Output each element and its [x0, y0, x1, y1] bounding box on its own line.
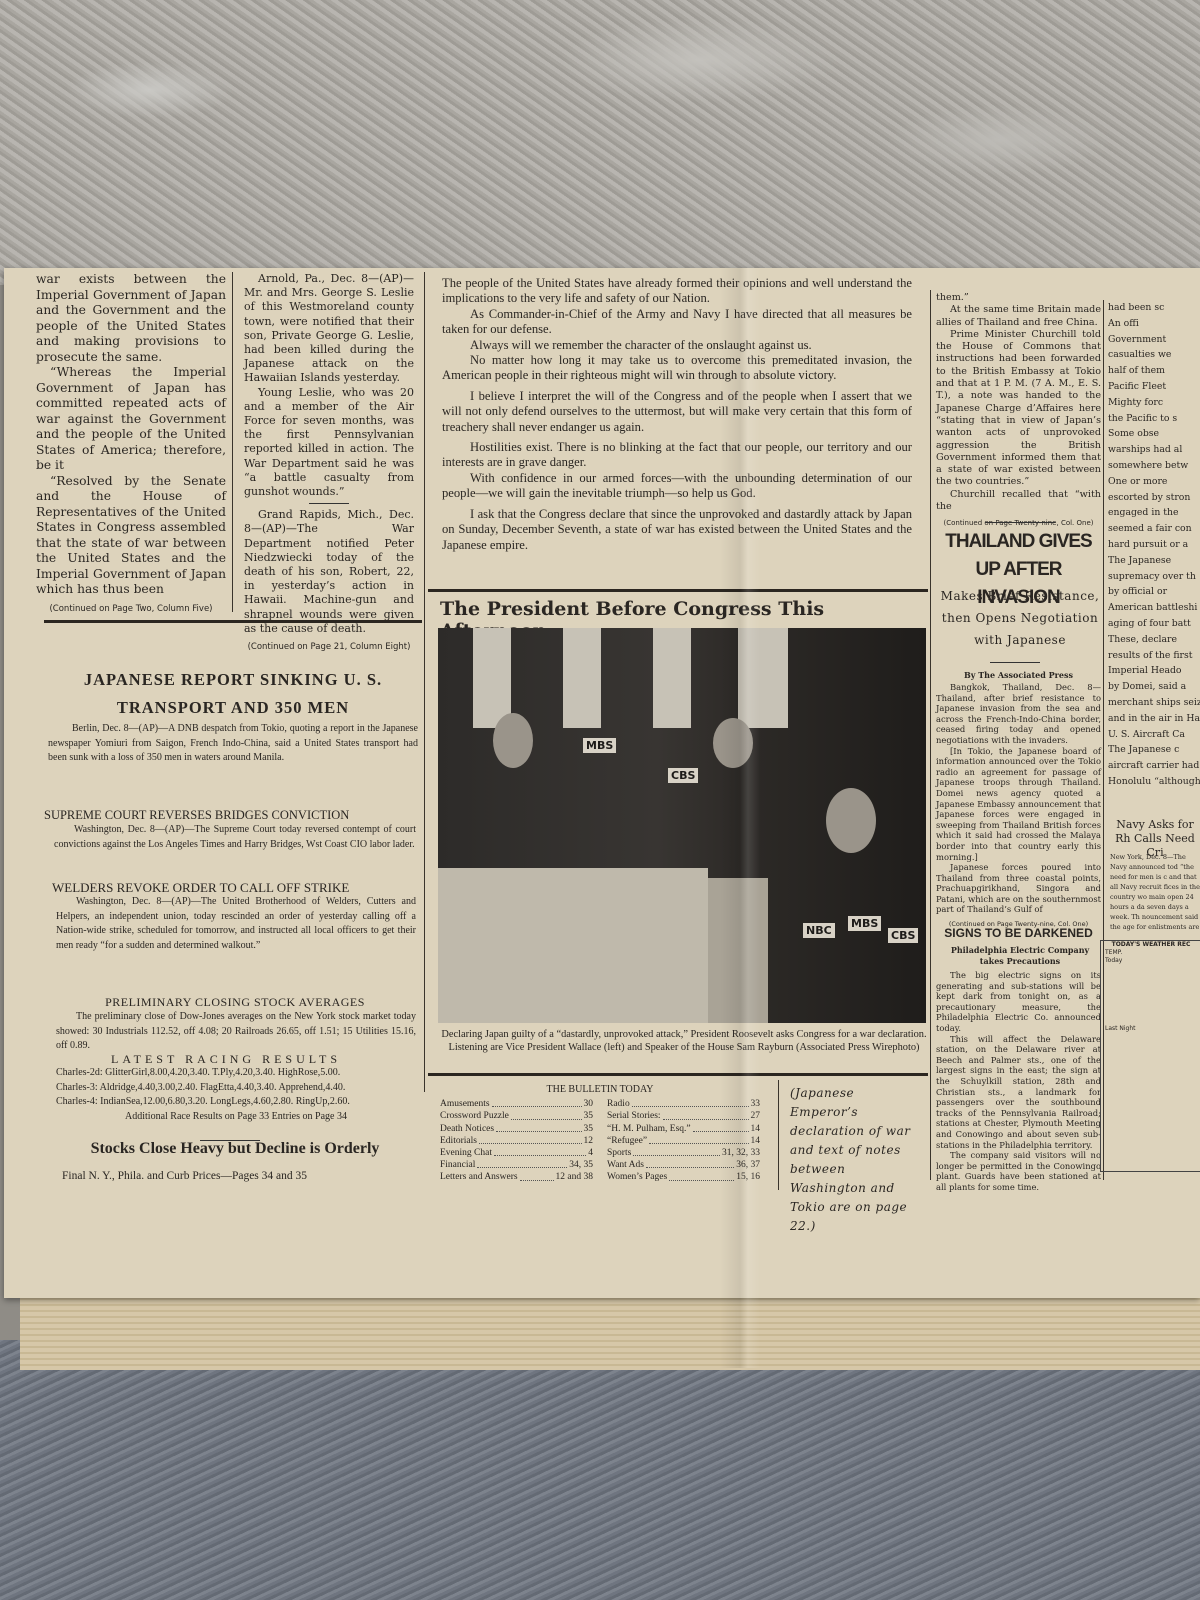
- truncated-line: supremacy over th: [1108, 569, 1200, 585]
- bulletin-entry-page: 35: [584, 1123, 594, 1135]
- britain-column: them.” At the same time Britain made all…: [936, 292, 1101, 530]
- signs-subhead: Philadelphia Electric Company takes Prec…: [945, 945, 1095, 967]
- truncated-line: Honolulu “although: [1108, 774, 1200, 790]
- race-result: Charles-2d: GlitterGirl,8.00,4.20,3.40. …: [56, 1066, 416, 1081]
- welders-headline: WELDERS REVOKE ORDER TO CALL OFF STRIKE: [52, 880, 422, 896]
- supreme-court-headline: SUPREME COURT REVERSES BRIDGES CONVICTIO…: [44, 808, 424, 823]
- column-rule: [778, 1080, 779, 1190]
- bulletin-index: THE BULLETIN TODAY Amusements30Crossword…: [440, 1084, 760, 1184]
- emperor-note: (Japanese Emperor’s declaration of war a…: [790, 1084, 920, 1236]
- truncated-line: results of the first: [1108, 648, 1200, 664]
- race-result: Charles-4: IndianSea,12.00,6.80,3.20. Lo…: [56, 1095, 416, 1110]
- bulletin-entry-page: 35: [584, 1110, 594, 1122]
- roosevelt-figure: [826, 788, 876, 853]
- weather-table: TODAY'S WEATHER REC TEMP. Today Last Nig…: [1100, 940, 1200, 1172]
- truncated-line: somewhere betw: [1108, 458, 1200, 474]
- weather-today-label: Today: [1101, 957, 1200, 965]
- far-right-column: had been scAn offiGovernmentcasualties w…: [1108, 300, 1200, 790]
- column-casualties: Arnold, Pa., Dec. 8—(AP)—Mr. and Mrs. Ge…: [244, 272, 414, 654]
- section-rule: [428, 1073, 928, 1076]
- wallace-figure: [493, 713, 533, 768]
- truncated-line: American battleshi: [1108, 600, 1200, 616]
- paragraph: Arnold, Pa., Dec. 8—(AP)—Mr. and Mrs. Ge…: [244, 272, 414, 386]
- truncated-line: Imperial Heado: [1108, 663, 1200, 679]
- dot-leader: [633, 1147, 720, 1156]
- column-rule: [424, 272, 425, 1092]
- truncated-line: by official or: [1108, 584, 1200, 600]
- welders-body: Washington, Dec. 8—(AP)—The United Broth…: [56, 895, 416, 953]
- bulletin-entry-label: Crossword Puzzle: [440, 1110, 509, 1122]
- bulletin-entry: Letters and Answers12 and 38: [440, 1171, 593, 1183]
- truncated-line: These, declare: [1108, 632, 1200, 648]
- truncated-line: U. S. Aircraft Ca: [1108, 727, 1200, 743]
- paragraph: The big electric signs on its generating…: [936, 970, 1101, 1034]
- bulletin-entry: Editorials12: [440, 1135, 593, 1147]
- bulletin-entry-label: “Refugee”: [607, 1135, 647, 1147]
- bulletin-entry: Amusements30: [440, 1098, 593, 1110]
- speech-paragraph: Hostilities exist. There is no blinking …: [442, 440, 912, 471]
- supreme-court-body: Washington, Dec. 8—(AP)—The Supreme Cour…: [54, 823, 416, 852]
- paragraph: [In Tokio, the Japanese board of informa…: [936, 746, 1101, 863]
- truncated-line: half of them: [1108, 363, 1200, 379]
- dot-leader: [477, 1159, 567, 1168]
- truncated-line: merchant ships seize: [1108, 695, 1200, 711]
- carpet-background-top: [0, 0, 1200, 285]
- rostrum: [438, 868, 708, 1023]
- roosevelt-speech: The people of the United States have alr…: [442, 276, 912, 553]
- truncated-line: seemed a fair con: [1108, 521, 1200, 537]
- speech-paragraph: I ask that the Congress declare that sin…: [442, 507, 912, 553]
- bulletin-entry-label: Editorials: [440, 1135, 477, 1147]
- bulletin-entry-page: 34, 35: [569, 1159, 593, 1171]
- thailand-story: Bangkok, Thailand, Dec. 8—Thailand, afte…: [936, 682, 1101, 930]
- truncated-line: by Domei, said a: [1108, 679, 1200, 695]
- stock-averages-headline: PRELIMINARY CLOSING STOCK AVERAGES: [70, 995, 400, 1010]
- roosevelt-photo: MBS CBS NBC MBS CBS: [438, 628, 926, 1023]
- paragraph: “Resolved by the Senate and the House of…: [36, 474, 226, 598]
- racing-headline: LATEST RACING RESULTS: [56, 1052, 396, 1067]
- bulletin-entry-label: Radio: [607, 1098, 630, 1110]
- truncated-line: casualties we: [1108, 347, 1200, 363]
- bulletin-entry: Financial34, 35: [440, 1159, 593, 1171]
- speech-paragraph: I believe I interpret the will of the Co…: [442, 389, 912, 435]
- newspaper-stacked-edges: [20, 1290, 1200, 1370]
- bulletin-entry-label: Death Notices: [440, 1123, 494, 1135]
- weather-last-night-label: Last Night: [1101, 1025, 1200, 1033]
- section-rule: [44, 620, 422, 623]
- bulletin-left-list: Amusements30Crossword Puzzle35Death Noti…: [440, 1098, 593, 1183]
- continued-note: (Continued on Page 21, Column Eight): [244, 640, 414, 654]
- paragraph: This will affect the Delaware station, o…: [936, 1034, 1101, 1151]
- dot-leader: [479, 1135, 582, 1144]
- japanese-report-body: Berlin, Dec. 8—(AP)—A DNB despatch from …: [48, 722, 418, 766]
- stocks-close-headline: Stocks Close Heavy but Decline is Orderl…: [50, 1140, 420, 1158]
- signs-headline: SIGNS TO BE DARKENED: [936, 926, 1101, 940]
- speech-paragraph: Always will we remember the character of…: [442, 338, 912, 353]
- truncated-line: Government: [1108, 332, 1200, 348]
- paragraph: The company said visitors will no longer…: [936, 1150, 1101, 1192]
- bulletin-entry: Evening Chat4: [440, 1147, 593, 1159]
- thailand-subhead: Makes Brief Resistance, then Opens Negot…: [940, 585, 1100, 651]
- truncated-line: had been sc: [1108, 300, 1200, 316]
- bulletin-entry-label: Sports: [607, 1147, 631, 1159]
- truncated-line: An offi: [1108, 316, 1200, 332]
- bulletin-entry-label: Financial: [440, 1159, 475, 1171]
- bulletin-entry: Crossword Puzzle35: [440, 1110, 593, 1122]
- mic-label: MBS: [583, 738, 616, 753]
- mic-label: CBS: [668, 768, 698, 783]
- truncated-line: escorted by stron: [1108, 490, 1200, 506]
- truncated-line: the Pacific to s: [1108, 411, 1200, 427]
- photo-caption: Declaring Japan guilty of a “dastardly, …: [440, 1028, 928, 1054]
- truncated-line: hard pursuit or a: [1108, 537, 1200, 553]
- paragraph: Churchill recalled that “with the: [936, 489, 1101, 514]
- section-rule: [428, 589, 928, 592]
- speech-paragraph: No matter how long it may take us to ove…: [442, 353, 912, 384]
- bulletin-entry-page: 4: [588, 1147, 593, 1159]
- stocks-close-subhead: Final N. Y., Phila. and Curb Prices—Page…: [62, 1170, 422, 1182]
- speech-paragraph: The people of the United States have alr…: [442, 276, 912, 307]
- bulletin-entry-label: Letters and Answers: [440, 1171, 518, 1183]
- divider: [309, 503, 349, 504]
- truncated-line: Mighty forc: [1108, 395, 1200, 411]
- race-result: Charles-3: Aldridge,4.40,3.00,2.40. Flag…: [56, 1081, 416, 1096]
- signs-story: The big electric signs on its generating…: [936, 970, 1101, 1192]
- bulletin-entry: Death Notices35: [440, 1123, 593, 1135]
- dot-leader: [520, 1171, 554, 1180]
- divider: [990, 662, 1040, 663]
- paragraph: Japanese forces poured into Thailand fro…: [936, 862, 1101, 915]
- paragraph: “Whereas the Imperial Government of Japa…: [36, 365, 226, 474]
- paragraph: At the same time Britain made allies of …: [936, 304, 1101, 329]
- dot-leader: [492, 1098, 582, 1107]
- bulletin-entry-label: Women’s Pages: [607, 1171, 667, 1183]
- truncated-line: The Japanese: [1108, 553, 1200, 569]
- speech-paragraph: With confidence in our armed forces—with…: [442, 471, 912, 502]
- truncated-line: Some obse: [1108, 426, 1200, 442]
- carpet-background-bottom: [0, 1340, 1200, 1600]
- column-resolution: war exists between the Imperial Governme…: [36, 272, 226, 617]
- truncated-line: The Japanese c: [1108, 742, 1200, 758]
- bulletin-entry-page: 30: [584, 1098, 594, 1110]
- mic-label: MBS: [848, 916, 881, 931]
- paragraph: Young Leslie, who was 20 and a member of…: [244, 386, 414, 500]
- bulletin-entry-label: Serial Stories:: [607, 1110, 661, 1122]
- truncated-line: aging of four batt: [1108, 616, 1200, 632]
- paragraph: Bangkok, Thailand, Dec. 8—Thailand, afte…: [936, 682, 1101, 746]
- bulletin-entry-label: Amusements: [440, 1098, 490, 1110]
- truncated-line: and in the air in Ha: [1108, 711, 1200, 727]
- continued-note: (Continued on Page Two, Column Five): [36, 602, 226, 618]
- truncated-line: Pacific Fleet: [1108, 379, 1200, 395]
- weather-temp-label: TEMP.: [1101, 949, 1200, 957]
- truncated-line: warships had al: [1108, 442, 1200, 458]
- dot-leader: [496, 1123, 581, 1132]
- racing-footer: Additional Race Results on Page 33 Entri…: [56, 1110, 416, 1125]
- column-rule: [232, 272, 233, 612]
- mic-label: CBS: [888, 928, 918, 943]
- dot-leader: [511, 1110, 582, 1119]
- racing-results: Charles-2d: GlitterGirl,8.00,4.20,3.40. …: [56, 1066, 416, 1124]
- speech-paragraph: As Commander-in-Chief of the Army and Na…: [442, 307, 912, 338]
- stock-averages-body: The preliminary close of Dow-Jones avera…: [56, 1010, 416, 1054]
- bulletin-title: THE BULLETIN TODAY: [440, 1084, 760, 1096]
- column-rule: [930, 290, 931, 1180]
- thailand-byline: By The Associated Press: [936, 670, 1101, 680]
- japanese-report-headline: JAPANESE REPORT SINKING U. S. TRANSPORT …: [48, 666, 418, 722]
- bulletin-entry-label: Want Ads: [607, 1159, 644, 1171]
- paragraph: Grand Rapids, Mich., Dec. 8—(AP)—The War…: [244, 508, 414, 636]
- bulletin-entry-label: Evening Chat: [440, 1147, 492, 1159]
- paragraph: war exists between the Imperial Governme…: [36, 272, 226, 365]
- paragraph: them.”: [936, 292, 1101, 304]
- mic-label: NBC: [803, 923, 835, 938]
- truncated-line: engaged in the: [1108, 505, 1200, 521]
- bulletin-entry-label: “H. M. Pulham, Esq.”: [607, 1123, 691, 1135]
- dot-leader: [494, 1147, 586, 1156]
- truncated-line: One or more: [1108, 474, 1200, 490]
- bulletin-entry-page: 12 and 38: [556, 1171, 593, 1183]
- navy-body: New York, Dec. 8—The Navy announced tod …: [1110, 852, 1200, 932]
- divider: [985, 522, 1055, 523]
- newspaper-fold-crease: [720, 268, 760, 1368]
- truncated-line: aircraft carrier had: [1108, 758, 1200, 774]
- bulletin-entry-page: 12: [584, 1135, 594, 1147]
- paragraph: Prime Minister Churchill told the House …: [936, 329, 1101, 489]
- weather-title: TODAY'S WEATHER REC: [1101, 941, 1200, 949]
